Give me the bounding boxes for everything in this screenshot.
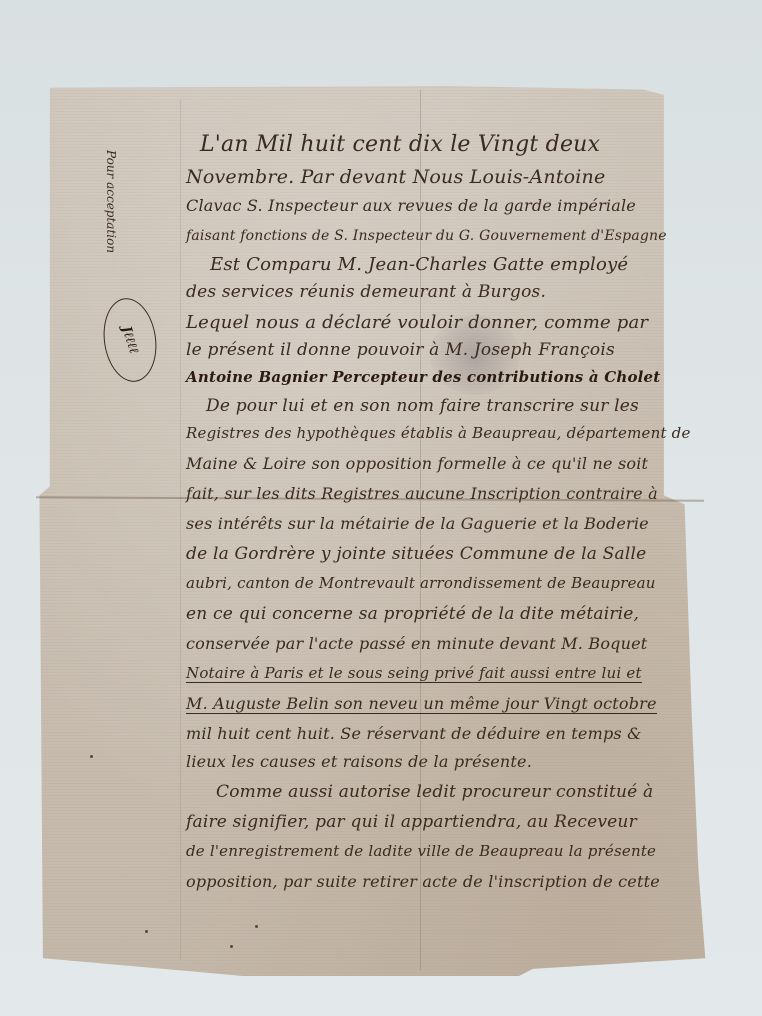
text-line: De pour lui et en son nom faire transcri…: [206, 396, 639, 416]
text-line: aubri, canton de Montrevault arrondissem…: [186, 574, 656, 592]
text-line: de l'enregistrement de ladite ville de B…: [186, 842, 656, 860]
text-line: mil huit cent huit. Se réservant de dédu…: [186, 724, 642, 743]
text-line: M. Auguste Belin son neveu un même jour …: [186, 694, 657, 714]
text-line: faisant fonctions de S. Inspecteur du G.…: [186, 228, 667, 244]
text-line: Est Comparu M. Jean-Charles Gatte employ…: [210, 254, 628, 275]
text-line: conservée par l'acte passé en minute dev…: [186, 634, 647, 653]
foxing-spot: [145, 930, 148, 933]
text-line: le présent il donne pouvoir à M. Joseph …: [186, 340, 615, 360]
text-line: Notaire à Paris et le sous seing privé f…: [186, 664, 642, 683]
text-line: Antoine Bagnier Percepteur des contribut…: [186, 368, 660, 386]
text-line: Registres des hypothèques établis à Beau…: [186, 424, 691, 442]
seal-signature: Jℓℓℓℓ: [118, 324, 142, 356]
text-line: en ce qui concerne sa propriété de la di…: [186, 604, 639, 624]
foxing-spot: [90, 755, 93, 758]
text-line: opposition, par suite retirer acte de l'…: [186, 872, 660, 891]
text-line: de la Gordrère y jointe situées Commune …: [186, 544, 646, 564]
text-line: ses intérêts sur la métairie de la Gague…: [186, 514, 649, 533]
text-line: des services réunis demeurant à Burgos.: [186, 282, 546, 302]
text-line: Lequel nous a déclaré vouloir donner, co…: [186, 312, 648, 333]
margin-note: Pour acceptation: [104, 150, 118, 253]
text-line: Novembre. Par devant Nous Louis-Antoine: [186, 166, 605, 188]
margin-line: [180, 100, 181, 960]
foxing-spot: [255, 925, 258, 928]
text-line: Clavac S. Inspecteur aux revues de la ga…: [186, 196, 636, 215]
text-line: Maine & Loire son opposition formelle à …: [186, 454, 648, 473]
text-line: Comme aussi autorise ledit procureur con…: [216, 782, 653, 802]
text-line: faire signifier, par qui il appartiendra…: [186, 812, 637, 832]
foxing-spot: [230, 945, 233, 948]
text-line: lieux les causes et raisons de la présen…: [186, 752, 532, 771]
text-line: fait, sur les dits Registres aucune Insc…: [186, 484, 658, 503]
text-line: L'an Mil huit cent dix le Vingt deux: [200, 132, 600, 157]
